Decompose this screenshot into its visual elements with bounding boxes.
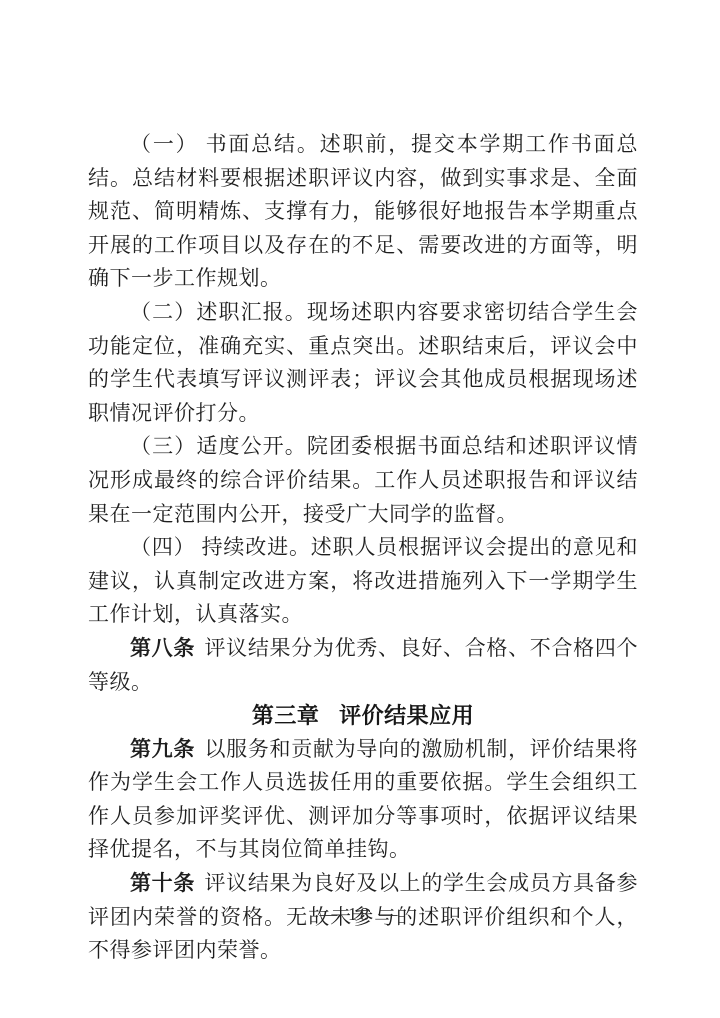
chapter-heading-label: 第三章	[252, 703, 320, 728]
page-number-footer: — 18 —	[0, 902, 720, 926]
paragraph-continuous-improvement: （四） 持续改进。述职人员根据评议会提出的意见和建议，认真制定改进方案，将改进措…	[88, 531, 638, 632]
clause-article-9-label: 第九条	[130, 737, 195, 761]
paragraph-moderate-disclosure: （三）适度公开。院团委根据书面总结和述职评议情况形成最终的综合评价结果。工作人员…	[88, 430, 638, 531]
clause-article-8-label: 第八条	[130, 636, 195, 660]
document-body: （一） 书面总结。述职前，提交本学期工作书面总结。总结材料要根据述职评议内容，做…	[88, 128, 638, 968]
clause-article-9: 第九条以服务和贡献为导向的激励机制，评价结果将作为学生会工作人员选拔任用的重要依…	[88, 733, 638, 867]
document-page: （一） 书面总结。述职前，提交本学期工作书面总结。总结材料要根据述职评议内容，做…	[0, 0, 720, 1018]
clause-article-8: 第八条评议结果分为优秀、良好、合格、不合格四个等级。	[88, 632, 638, 699]
clause-article-10-label: 第十条	[130, 871, 195, 895]
chapter-heading-title: 评价结果应用	[339, 703, 474, 728]
paragraph-written-summary: （一） 书面总结。述职前，提交本学期工作书面总结。总结材料要根据述职评议内容，做…	[88, 128, 638, 296]
chapter-heading: 第三章评价结果应用	[88, 699, 638, 733]
paragraph-report-presentation: （二）述职汇报。现场述职内容要求密切结合学生会功能定位，准确充实、重点突出。述职…	[88, 296, 638, 430]
